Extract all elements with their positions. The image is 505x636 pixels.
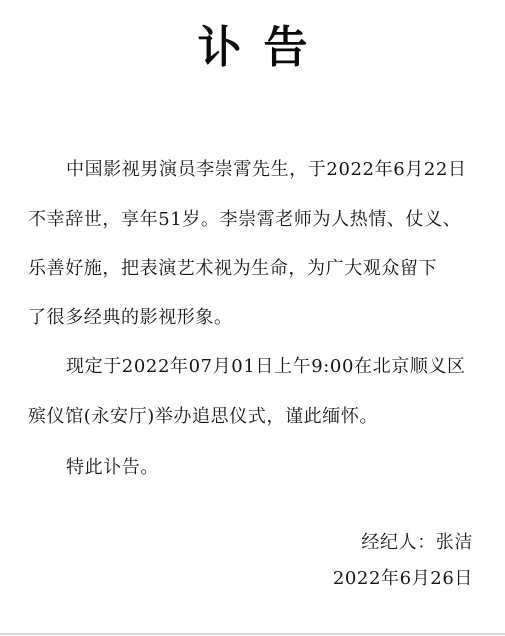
signature-date: 2022年6月26日 [333,567,473,591]
paragraph-2-line-1: 现定于2022年07月01日上午9:00在北京顺义区 [66,355,466,379]
signature-agent: 经纪人：张洁 [361,531,473,555]
paragraph-1-line-4: 了很多经典的影视形象。 [28,306,233,330]
paragraph-1-line-3: 乐善好施，把表演艺术视为生命，为广大观众留下 [28,257,437,281]
document-title: 讣告 [0,22,505,74]
obituary-document: 讣告 中国影视男演员李崇霄先生，于2022年6月22日 不幸辞世，享年51岁。李… [0,0,505,635]
paragraph-1-line-2: 不幸辞世，享年51岁。李崇霄老师为人热情、仗义、 [28,208,461,232]
paragraph-1-line-1: 中国影视男演员李崇霄先生，于2022年6月22日 [66,158,467,182]
paragraph-3-line-1: 特此讣告。 [66,456,159,480]
paragraph-2-line-2: 殡仪馆(永安厅)举办追思仪式，谨此缅怀。 [28,405,378,429]
